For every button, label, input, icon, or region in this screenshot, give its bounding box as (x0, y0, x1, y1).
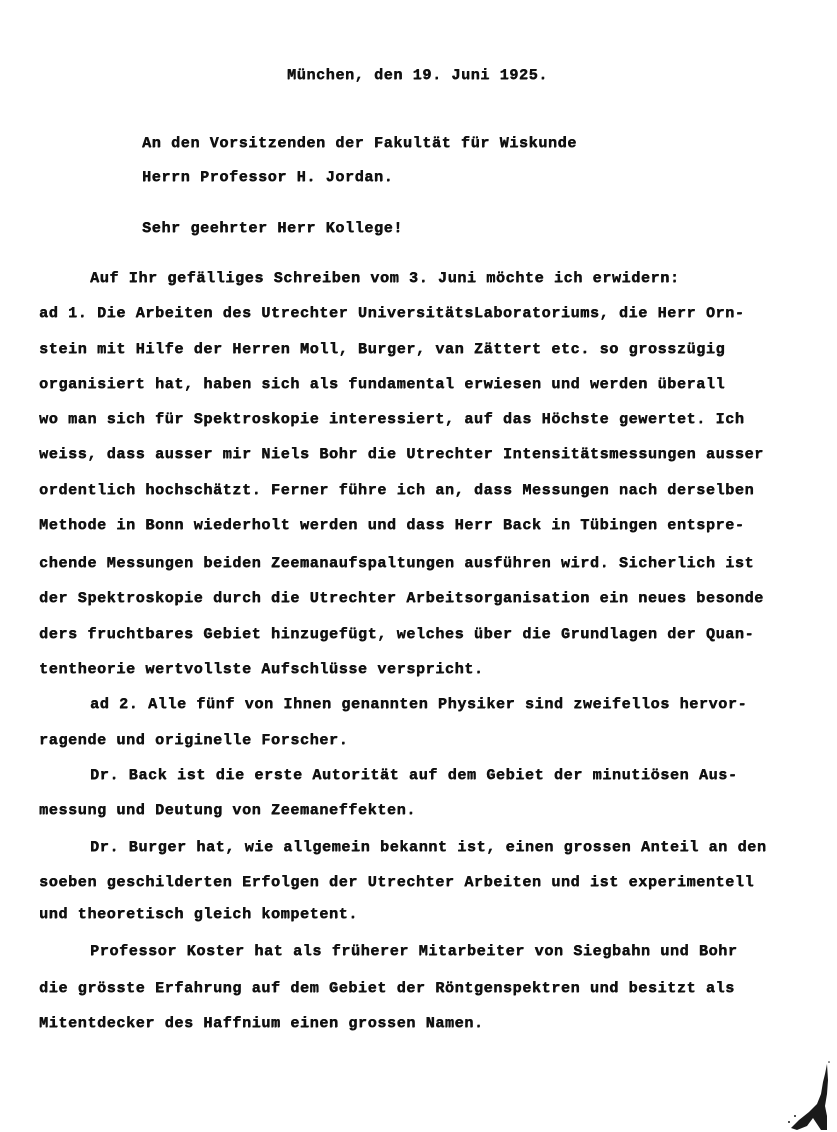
body-line: messung und Deutung von Zeemaneffekten. (39, 801, 416, 819)
body-line: stein mit Hilfe der Herren Moll, Burger,… (39, 340, 725, 358)
salutation: Sehr geehrter Herr Kollege! (142, 219, 403, 237)
body-line: weiss, dass ausser mir Niels Bohr die Ut… (39, 445, 764, 463)
body-line: ad 1. Die Arbeiten des Utrechter Univers… (39, 304, 744, 322)
body-line: Methode in Bonn wiederholt werden und da… (39, 516, 744, 534)
body-line: Auf Ihr gefälliges Schreiben vom 3. Juni… (90, 269, 680, 287)
body-line: ad 2. Alle fünf von Ihnen genannten Phys… (90, 695, 747, 713)
body-line: ragende und originelle Forscher. (39, 731, 348, 749)
body-line: und theoretisch gleich kompetent. (39, 905, 358, 923)
body-line: chende Messungen beiden Zeemanaufspaltun… (39, 554, 754, 572)
body-line: Dr. Burger hat, wie allgemein bekannt is… (90, 838, 766, 856)
body-line: soeben geschilderten Erfolgen der Utrech… (39, 873, 754, 891)
body-line: Professor Koster hat als früherer Mitarb… (90, 942, 738, 960)
recipient-line-2: Herrn Professor H. Jordan. (142, 168, 393, 186)
body-line: ordentlich hochschätzt. Ferner führe ich… (39, 481, 754, 499)
body-line: organisiert hat, haben sich als fundamen… (39, 375, 725, 393)
body-line: der Spektroskopie durch die Utrechter Ar… (39, 589, 764, 607)
body-line: wo man sich für Spektroskopie interessie… (39, 410, 744, 428)
body-line: Dr. Back ist die erste Autorität auf dem… (90, 766, 738, 784)
body-line: tentheorie wertvollste Aufschlüsse versp… (39, 660, 484, 678)
body-line: Mitentdecker des Haffnium einen grossen … (39, 1014, 484, 1032)
scan-smudge-mark (783, 1060, 831, 1132)
body-line: ders fruchtbares Gebiet hinzugefügt, wel… (39, 625, 754, 643)
body-line: die grösste Erfahrung auf dem Gebiet der… (39, 979, 735, 997)
recipient-line-1: An den Vorsitzenden der Fakultät für Wis… (142, 134, 577, 152)
dateline: München, den 19. Juni 1925. (287, 66, 548, 84)
